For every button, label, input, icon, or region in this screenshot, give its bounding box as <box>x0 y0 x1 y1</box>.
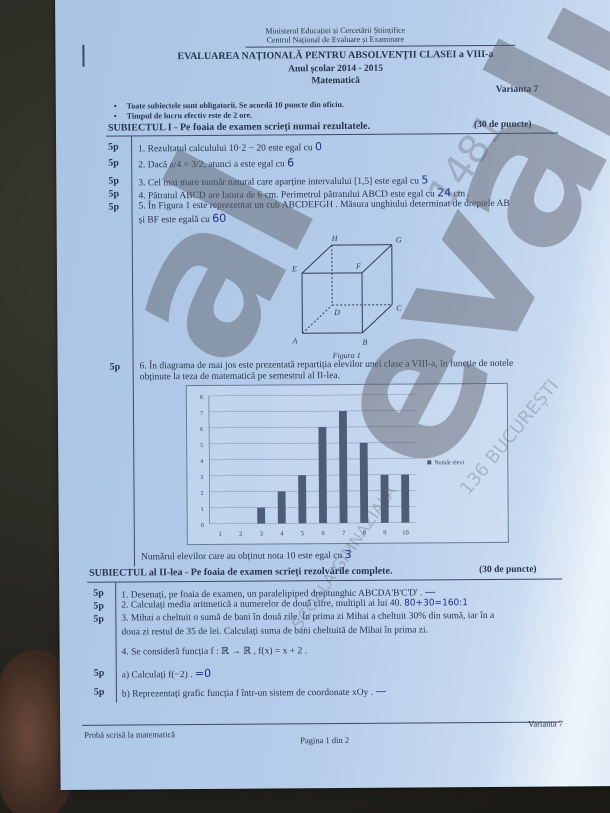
header-divider <box>245 45 515 48</box>
instruction-2: Timpul de lucru efectiv este de 2 ore. <box>114 111 252 121</box>
svg-text:G: G <box>396 236 402 245</box>
bar <box>401 475 409 523</box>
s2-item4-text: 4. Se consideră funcția f : ℝ → ℝ , f(x)… <box>122 645 307 657</box>
svg-text:2: 2 <box>239 531 242 538</box>
item1-points: 5p <box>108 142 119 153</box>
svg-text:E: E <box>291 264 297 273</box>
s2-item1-points: 5p <box>93 588 104 599</box>
item2-text: 2. Dacă a/4 = 3/2, atunci a este egal cu… <box>138 156 294 170</box>
svg-text:1: 1 <box>201 507 204 513</box>
item6-text2: obținute la teza de matematică pe semest… <box>140 371 340 382</box>
s2-item4a-answer: =0 <box>195 667 211 680</box>
bar <box>339 411 348 523</box>
s2-item4a-points: 5p <box>94 668 105 679</box>
footer-variant: Varianta 7 <box>528 718 563 728</box>
bar <box>381 475 389 523</box>
svg-text:8: 8 <box>363 530 366 537</box>
bar <box>360 443 368 523</box>
margin-mark <box>82 45 84 67</box>
footer-page: Pagina 1 din 2 <box>300 735 349 745</box>
item6-answer: 3 <box>345 548 352 561</box>
svg-text:D: D <box>333 308 340 317</box>
svg-text:3: 3 <box>200 475 203 481</box>
svg-text:5: 5 <box>301 530 304 537</box>
section2-title: SUBIECTUL al II-lea - Pe foaia de examen… <box>89 566 392 579</box>
svg-text:F: F <box>355 262 361 271</box>
item5-text2: și BF este egală cu 60 <box>139 212 227 226</box>
item5-answer: 60 <box>212 212 226 225</box>
variant-label: Varianta 7 <box>496 85 539 95</box>
s2-item2-points: 5p <box>93 601 104 612</box>
svg-text:5: 5 <box>200 443 203 449</box>
svg-text:3: 3 <box>260 531 263 538</box>
s2-item3-text2: doua zi restul de 35 de lei. Calculați s… <box>121 625 428 637</box>
item4-points: 5p <box>108 189 119 200</box>
svg-text:8: 8 <box>200 395 203 401</box>
s2-item4b-answer: — <box>375 685 386 698</box>
footer-divider <box>82 721 560 725</box>
section1-points: (30 de puncte) <box>474 120 532 130</box>
svg-text:9: 9 <box>383 530 386 537</box>
svg-text:0: 0 <box>201 523 204 529</box>
instruction-1: Toate subiectele sunt obligatorii. Se ac… <box>114 100 344 111</box>
section1-title: SUBIECTUL I - Pe foaia de examen scrieți… <box>108 121 370 134</box>
item1-text: 1. Rezultatul calculului 10·2 − 20 este … <box>138 140 322 154</box>
svg-text:7: 7 <box>342 530 346 537</box>
svg-text:6: 6 <box>321 530 325 537</box>
svg-text:1: 1 <box>218 531 221 538</box>
exam-title: EVALUAREA NAȚIONALĂ PENTRU ABSOLVENȚII C… <box>55 48 610 63</box>
bar <box>257 508 265 524</box>
item5-points: 5p <box>108 202 119 213</box>
svg-text:4: 4 <box>200 459 203 465</box>
item2-answer: 6 <box>287 156 294 169</box>
s2-item2-text: 2. Calculați media aritmetică a numerelo… <box>121 598 468 610</box>
svg-text:C: C <box>396 304 402 313</box>
section2-points: (30 de puncte) <box>479 565 537 575</box>
svg-text:H: H <box>331 234 339 243</box>
svg-text:Figura 1: Figura 1 <box>332 351 361 360</box>
section2-divider <box>87 578 562 582</box>
svg-text:A: A <box>291 336 297 345</box>
item6-question: Numărul elevilor care au obținut nota 10… <box>141 548 352 562</box>
exam-paper: Ministerul Educației și Cercetării Știin… <box>55 0 610 790</box>
item2-points: 5p <box>108 158 119 169</box>
points-column-divider <box>131 136 135 566</box>
bar <box>298 475 306 523</box>
item3-answer: 5 <box>421 173 428 186</box>
footer-left: Probă scrisă la matematică <box>84 729 175 740</box>
s2-item4b-points: 5p <box>94 687 105 698</box>
section2-points-divider <box>115 583 117 703</box>
grades-bar-chart: 01234567812345678910Număr elevi <box>186 383 509 545</box>
svg-text:2: 2 <box>201 491 204 497</box>
s2-item3-points: 5p <box>93 614 104 625</box>
item5-text: 5. În Figura 1 este reprezentat un cub A… <box>138 199 509 212</box>
s2-item4a-text: a) Calculați f(−2) . =0 <box>122 667 211 681</box>
bar <box>278 491 286 523</box>
cube-figure: AB CD EF GH Figura 1 <box>272 232 423 363</box>
svg-text:Număr elevi: Număr elevi <box>434 460 464 466</box>
item6-text: 6. În diagrama de mai jos este prezentat… <box>140 359 514 372</box>
bar <box>318 427 326 523</box>
svg-text:B: B <box>362 338 367 347</box>
s2-item1-answer: — <box>425 585 436 598</box>
svg-text:6: 6 <box>200 427 203 433</box>
s2-item3-text: 3. Mihai a cheltuit o sumă de bani în do… <box>121 611 494 624</box>
item3-points: 5p <box>108 176 119 187</box>
item6-points: 5p <box>110 362 121 373</box>
svg-text:4: 4 <box>280 530 284 537</box>
item1-answer: 0 <box>315 140 322 153</box>
s2-item4b-text: b) Reprezentați grafic funcția f într-un… <box>122 685 387 700</box>
s2-item2-answer: 80+30=160:1 <box>404 598 468 608</box>
svg-text:10: 10 <box>402 530 409 537</box>
svg-text:7: 7 <box>200 411 203 417</box>
item4-answer: 24 <box>437 186 451 199</box>
